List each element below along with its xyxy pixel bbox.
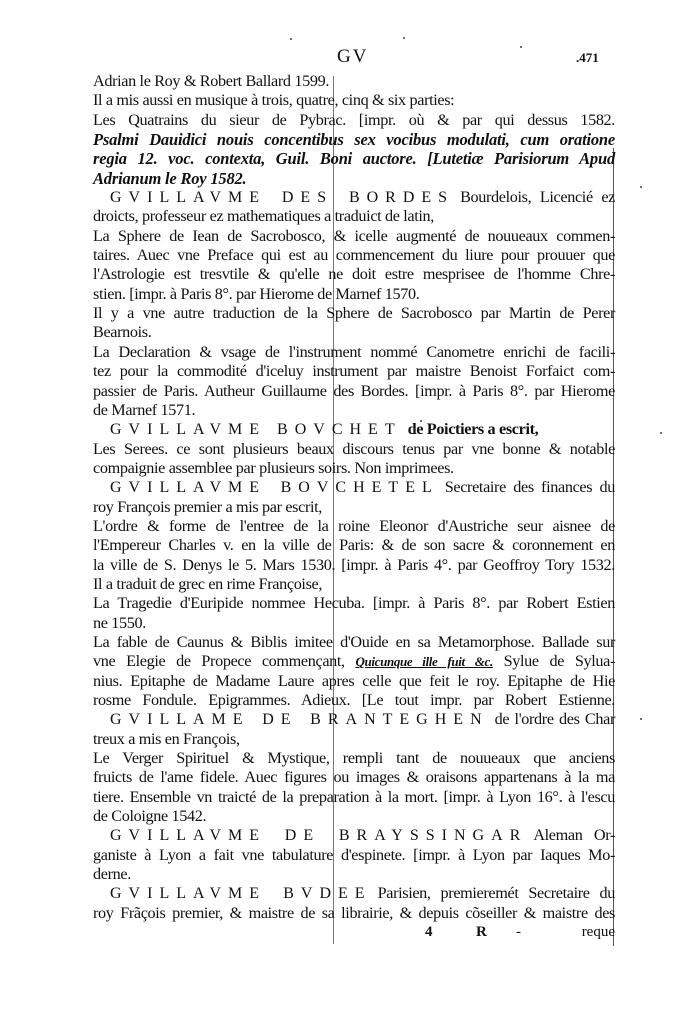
author-name: GVILLAVME DES BORDES — [110, 189, 454, 206]
running-head: GV .471 — [0, 46, 696, 70]
author-name: GVILLAME DE BRANTEGHEN — [110, 711, 489, 728]
latin-incipit: Quicunque ille fuit &c. — [356, 654, 493, 669]
text-line: derne. — [93, 865, 615, 884]
text-line: l'Empereur Charles v. en la ville de Par… — [93, 536, 615, 555]
scan-speck — [660, 432, 662, 434]
text-line: La fable de Caunus & Biblis imitee d'Oui… — [93, 633, 615, 652]
text-line: de Marnef 1571. — [93, 401, 615, 420]
author-description: Secretaire des finances du — [445, 478, 615, 496]
text-line: ne 1550. — [93, 614, 615, 633]
text-line: nius. Epitaphe de Madame Laure apres cel… — [93, 672, 615, 691]
text-line: rosme Fondule. Epigrammes. Adieux. [Le t… — [93, 691, 615, 710]
latin-title-line: Psalmi Dauidici nouis concentibus sex vo… — [93, 130, 615, 149]
text-line: de Coloigne 1542. — [93, 807, 615, 826]
scan-speck — [560, 800, 562, 802]
text-line: passier de Paris. Autheur Guillaume des … — [93, 382, 615, 401]
latin-title-line: Adrianum le Roy 1582. — [93, 169, 615, 188]
author-name: GVILLAVME BVDEE — [110, 885, 372, 902]
scan-speck — [640, 718, 642, 720]
entry-heading-bouchet: GVILLAVME BOVCHETde Poictiers a escrit, — [93, 420, 615, 439]
scan-speck — [420, 420, 422, 422]
author-description: Parisien, premieremét Secretaire du — [378, 884, 615, 902]
text-line: La Tragedie d'Euripide nommee Hecuba. [i… — [93, 594, 615, 613]
text-line: ganiste à Lyon a fait vne tabulature d'e… — [93, 846, 615, 865]
author-description: de l'ordre des Char — [495, 710, 615, 728]
text-line: Les Quatrains du sieur de Pybrac. [impr.… — [93, 111, 615, 130]
text-line: Il y a vne autre traduction de la Sphere… — [93, 304, 615, 323]
text-line: taires. Auec vne Preface qui est au comm… — [93, 246, 615, 265]
scan-speck — [290, 38, 292, 40]
text-line: La Sphere de Iean de Sacrobosco, & icell… — [93, 227, 615, 246]
book-page: GV .471 Adrian le Roy & Robert Ballard 1… — [0, 0, 696, 1024]
author-name: GVILLAVME BOVCHETEL — [110, 479, 439, 496]
entry-heading-budee: GVILLAVME BVDEEParisien, premieremét Sec… — [93, 884, 615, 903]
scan-speck — [520, 46, 522, 48]
text-line: roy Frãçois premier, & maistre de sa lib… — [93, 904, 615, 923]
text-line: l'Astrologie est tresvtile & qu'elle ne … — [93, 265, 615, 284]
author-description: Aleman Or- — [533, 826, 615, 844]
text-line: droicts, professeur ez mathematiques a t… — [93, 207, 615, 226]
catchword: reque — [582, 923, 615, 942]
text-line: la ville de S. Denys le 5. Mars 1530. [i… — [93, 556, 615, 575]
entry-heading-branteghen: GVILLAME DE BRANTEGHENde l'ordre des Cha… — [93, 710, 615, 729]
text-line: Il a traduit de grec en rime Françoise, — [93, 575, 615, 594]
text-line: tiere. Ensemble vn traicté de la prepara… — [93, 788, 615, 807]
signature-letter: R — [476, 923, 487, 942]
signature-dash: - — [516, 923, 521, 942]
text-line: tez pour la commodité d'iceluy instrumen… — [93, 362, 615, 381]
signature-number: 4 — [425, 923, 433, 942]
line-text: Les Quatrains du sieur de Pybrac. [impr.… — [93, 111, 615, 129]
line-text: vne Elegie de Propece commençant, — [93, 652, 356, 670]
scan-speck — [640, 186, 642, 188]
line-text: Adrian le Roy & Robert Ballard 1599. — [93, 72, 329, 90]
text-line: Les Serees. ce sont plusieurs beaux disc… — [93, 440, 615, 459]
text-line: stien. [impr. à Paris 8°. par Hierome de… — [93, 285, 615, 304]
text-line: La Declaration & vsage de l'instrument n… — [93, 343, 615, 362]
text-line: roy François premier a mis par escrit, — [93, 498, 615, 517]
body-text: Adrian le Roy & Robert Ballard 1599. Il … — [93, 72, 615, 942]
entry-heading-bouchetel: GVILLAVME BOVCHETELSecretaire des financ… — [93, 478, 615, 497]
author-description: de Poictiers a escrit, — [408, 420, 539, 438]
scan-speck — [403, 37, 405, 39]
page-number: .471 — [576, 50, 599, 66]
text-line: fruicts de l'ame fidele. Auec figures ou… — [93, 768, 615, 787]
text-line: treux a mis en François, — [93, 730, 615, 749]
running-head-title: GV — [337, 46, 368, 68]
line-text: Sylue de Sylua- — [493, 652, 615, 670]
text-line: L'ordre & forme de l'entree de la roine … — [93, 517, 615, 536]
author-name: GVILLAVME BOVCHET — [110, 421, 402, 438]
text-line: vne Elegie de Propece commençant, Quicun… — [93, 652, 615, 671]
entry-heading-brayssingar: GVILLAVME DE BRAYSSINGARAleman Or- — [93, 826, 615, 845]
author-name: GVILLAVME DE BRAYSSINGAR — [110, 827, 527, 844]
text-line: Le Verger Spirituel & Mystique, rempli t… — [93, 749, 615, 768]
signature-line: 4 R - reque — [93, 923, 615, 942]
text-line: Bearnois. — [93, 323, 615, 342]
text-line: compaignie assemblee par plusieurs soirs… — [93, 459, 615, 478]
latin-title-line: regia 12. voc. contexta, Guil. Boni auct… — [93, 149, 615, 168]
entry-heading-des-bordes: GVILLAVME DES BORDESBourdelois, Licencié… — [93, 188, 615, 207]
line-text: Il a mis aussi en musique à trois, quatr… — [93, 91, 454, 109]
text-line: Adrian le Roy & Robert Ballard 1599. — [93, 72, 615, 91]
text-line: Il a mis aussi en musique à trois, quatr… — [93, 91, 615, 110]
author-description: Bourdelois, Licencié ez — [460, 188, 615, 206]
